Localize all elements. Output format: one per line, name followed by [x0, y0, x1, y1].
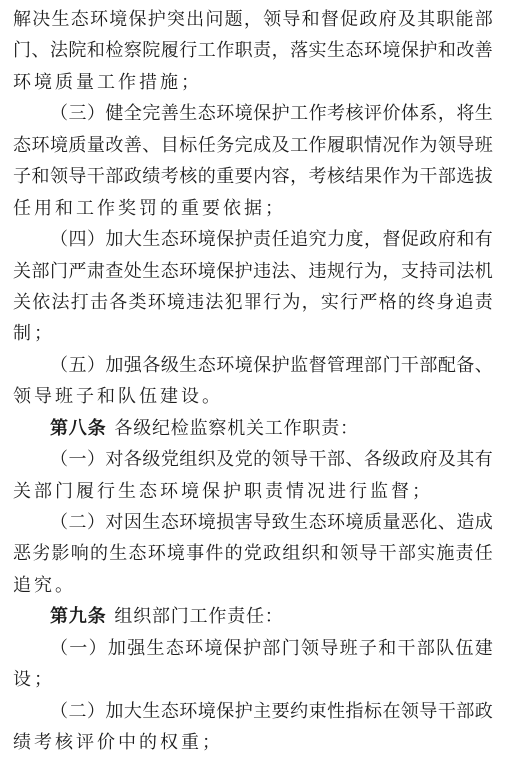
document-page: 解决生态环境保护突出问题，领导和督促政府及其职能部门、法院和检察院履行工作职责，…	[0, 0, 506, 765]
article-heading-line: 第九条组织部门工作责任：	[13, 601, 493, 632]
text-line: 门、法院和检察院履行工作职责，落实生态环境保护和改善	[13, 35, 493, 66]
text-line: 制；	[13, 318, 493, 349]
text-line: （二）加大生态环境保护主要约束性指标在领导干部政	[13, 696, 493, 727]
text-line: （一）对各级党组织及党的领导干部、各级政府及其有	[13, 444, 493, 475]
text-line: 关部门严肃查处生态环境保护违法、违规行为，支持司法机	[13, 256, 493, 287]
text-line: 绩考核评价中的权重；	[13, 727, 493, 758]
article-number: 第九条	[50, 606, 106, 626]
text-line: （四）加大生态环境保护责任追究力度，督促政府和有	[13, 224, 493, 255]
text-line: 领导班子和队伍建设。	[13, 381, 493, 412]
article-number: 第八条	[50, 418, 106, 438]
text-line: 解决生态环境保护突出问题，领导和督促政府及其职能部	[13, 4, 493, 35]
text-line: 子和领导干部政绩考核的重要内容，考核结果作为干部选拔	[13, 161, 493, 192]
text-line: 关部门履行生态环境保护职责情况进行监督；	[13, 476, 493, 507]
text-line: 恶劣影响的生态环境事件的党政组织和领导干部实施责任	[13, 538, 493, 569]
text-line: 态环境质量改善、目标任务完成及工作履职情况作为领导班	[13, 130, 493, 161]
text-line: 关依法打击各类环境违法犯罪行为，实行严格的终身追责	[13, 287, 493, 318]
text-line: （二）对因生态环境损害导致生态环境质量恶化、造成	[13, 507, 493, 538]
article-heading-line: 第八条各级纪检监察机关工作职责：	[13, 413, 493, 444]
text-line: 设；	[13, 664, 493, 695]
text-line: （三）健全完善生态环境保护工作考核评价体系，将生	[13, 98, 493, 129]
text-line: （五）加强各级生态环境保护监督管理部门干部配备、	[13, 350, 493, 381]
text-line: 任用和工作奖罚的重要依据；	[13, 193, 493, 224]
text-line: （一）加强生态环境保护部门领导班子和干部队伍建	[13, 633, 493, 664]
text-line: 追究。	[13, 570, 493, 601]
text-line: 环境质量工作措施；	[13, 67, 493, 98]
